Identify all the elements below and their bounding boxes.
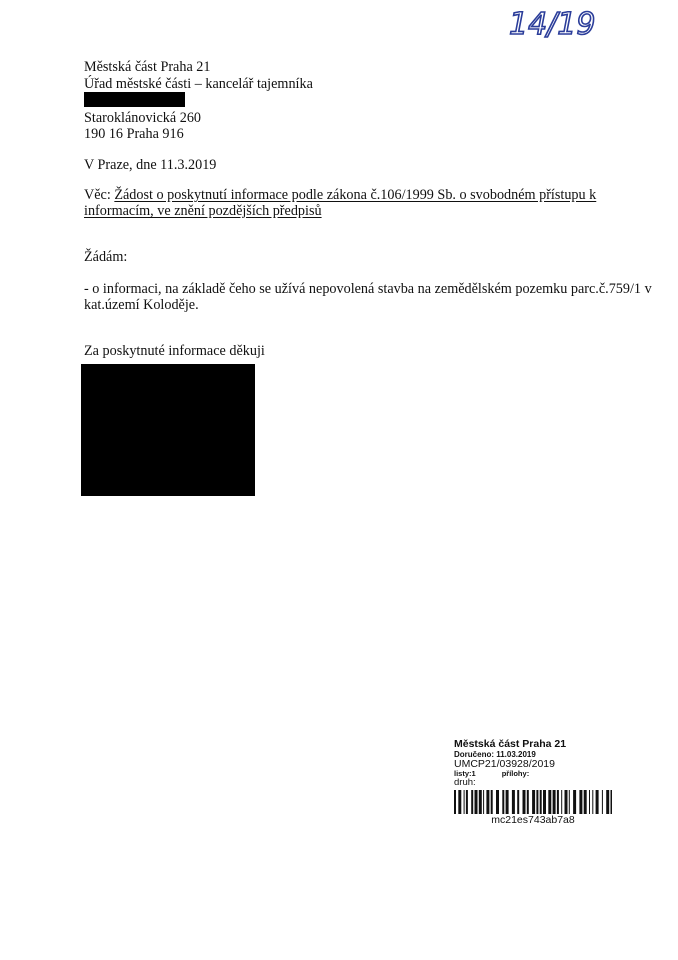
subject-line-1: Věc: Žádost o poskytnutí informace podle…: [84, 187, 596, 204]
stamp-type: druh:: [454, 778, 624, 788]
stamp-office: Městská část Praha 21: [454, 738, 624, 750]
request-heading: Žádám:: [84, 249, 127, 266]
stamp-reference: UMCP21/03928/2019: [454, 759, 624, 770]
sender-street: Staroklánovická 260: [84, 110, 201, 127]
subject-text-1: Žádost o poskytnutí informace podle záko…: [114, 187, 596, 203]
handwritten-page-number: 14/19: [505, 2, 605, 42]
stamp-sheets-row: listy:1přílohy:: [454, 770, 624, 778]
barcode-code: mc21es743ab7a8: [454, 814, 612, 826]
sender-department: Úřad městské části – kancelář tajemníka: [84, 76, 313, 93]
stamp-attachments: přílohy:: [502, 769, 530, 778]
sender-city: 190 16 Praha 916: [84, 126, 184, 143]
subject-line-2: informacím, ve znění pozdějších předpisů: [84, 203, 322, 220]
sender-office: Městská část Praha 21: [84, 59, 210, 76]
redacted-name: [84, 92, 185, 107]
svg-text:14/19: 14/19: [509, 7, 595, 42]
receipt-stamp: Městská část Praha 21 Doručeno: 11.03.20…: [454, 738, 624, 826]
subject-prefix: Věc:: [84, 187, 114, 203]
redacted-signature: [81, 364, 255, 496]
request-body-1: - o informaci, na základě čeho se užívá …: [84, 281, 652, 298]
subject-text-2: informacím, ve znění pozdějších předpisů: [84, 203, 322, 219]
date-line: V Praze, dne 11.3.2019: [84, 157, 216, 174]
request-body-2: kat.území Koloděje.: [84, 297, 199, 314]
barcode: [454, 790, 612, 814]
closing-line: Za poskytnuté informace děkuji: [84, 343, 265, 360]
